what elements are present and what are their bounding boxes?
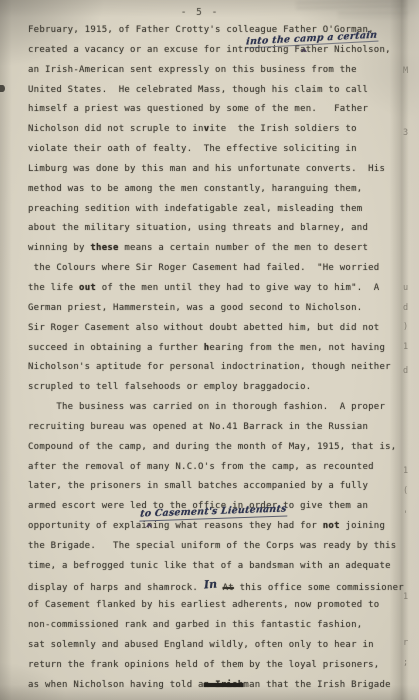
insertion-caret-mark: ^ (146, 523, 152, 536)
overtyped-text: not (323, 521, 340, 531)
struck-through-text: n Irish (204, 680, 244, 690)
edge-character-fragment: 1 (403, 466, 408, 476)
insertion-caret-mark: ^ (301, 48, 307, 61)
text-line: Sir Roger Casement also without doubt ab… (28, 319, 410, 339)
handwritten-inline-word: In (203, 575, 218, 596)
edge-character-fragment: 3 (403, 128, 408, 138)
text-line: himself a priest was questioned by some … (28, 100, 410, 120)
text-line: non-commissioned rank and garbed in this… (28, 616, 410, 636)
text-line: later, the prisoners in small batches ac… (28, 477, 410, 497)
edge-character-fragment: d (403, 303, 408, 313)
text-line: of Casement flanked by his earliest adhe… (28, 596, 410, 616)
overtyped-text: h (204, 343, 210, 353)
struck-through-text: At (223, 583, 234, 593)
text-line: after the removal of many N.C.O's from t… (28, 458, 410, 478)
text-line: as when Nicholson having told an Irishma… (28, 676, 410, 696)
edge-character-fragment: ' (403, 510, 408, 520)
edge-character-fragment: u (403, 283, 408, 293)
text-line: time, a befrogged tunic like that of a b… (28, 557, 410, 577)
text-line: an Irish-American sent expressly on this… (28, 61, 410, 81)
text-line: the life out of the men until they had t… (28, 279, 410, 299)
overtyped-text: out (79, 283, 96, 293)
text-line: return the frank opinions held of them b… (28, 656, 410, 676)
text-line: German priest, Hammerstein, was a good s… (28, 299, 410, 319)
edge-character-fragment: ) (403, 322, 408, 332)
text-line: violate their oath of fealty. The effect… (28, 140, 410, 160)
text-line: about the military situation, using thre… (28, 219, 410, 239)
edge-character-fragment: ( (403, 486, 408, 496)
text-line: winning by these means a certain number … (28, 239, 410, 259)
text-line: Nicholson's aptitude for personal indoct… (28, 358, 410, 378)
text-line: display of harps and shamrock. In At thi… (28, 577, 410, 597)
text-line: Compound of the camp, and during the mon… (28, 438, 410, 458)
text-line: succeed in obtaining a further hearing f… (28, 339, 410, 359)
edge-character-fragment: M (403, 66, 408, 76)
scanned-document-page: - 5 - February, 1915, of Father Crotty's… (0, 0, 419, 700)
text-line: United States. He celebrated Mass, thoug… (28, 81, 410, 101)
overtyped-text: v (204, 124, 210, 134)
text-line: The business was carried on in thorough … (28, 398, 410, 418)
edge-character-fragment: 1 (403, 342, 408, 352)
typewritten-text: February, 1915, of Father Crotty's colle… (28, 21, 410, 696)
text-line: sat solemnly and abused England wildly, … (28, 636, 410, 656)
edge-character-fragment: ; (403, 658, 408, 668)
text-line: Nicholson did not scruple to invite the … (28, 120, 410, 140)
text-line: method was to be among the men constantl… (28, 180, 410, 200)
overtyped-text: these (90, 243, 118, 253)
text-line: opportunity of explaining what reasons t… (28, 517, 410, 537)
edge-character-fragment: d (403, 366, 408, 376)
text-line: scrupled to tell falsehoods or employ br… (28, 378, 410, 398)
bleed-through-smudge (338, 12, 408, 18)
text-line: the Colours where Sir Roger Casement had… (28, 259, 410, 279)
page-number: - 5 - (150, 7, 250, 18)
text-line: preaching sedition with indefatigable ze… (28, 200, 410, 220)
edge-character-fragment: 1 (403, 592, 408, 602)
text-line: Limburg was done by this man and his unf… (28, 160, 410, 180)
text-line: the Brigade. The special uniform of the … (28, 537, 410, 557)
text-line: created a vacancy or an excuse for intro… (28, 41, 410, 61)
text-line: recruiting bureau was opened at No.41 Ba… (28, 418, 410, 438)
edge-character-fragment: r (403, 638, 408, 648)
ink-blot (0, 85, 5, 92)
bleed-through-smudge (296, 0, 406, 11)
